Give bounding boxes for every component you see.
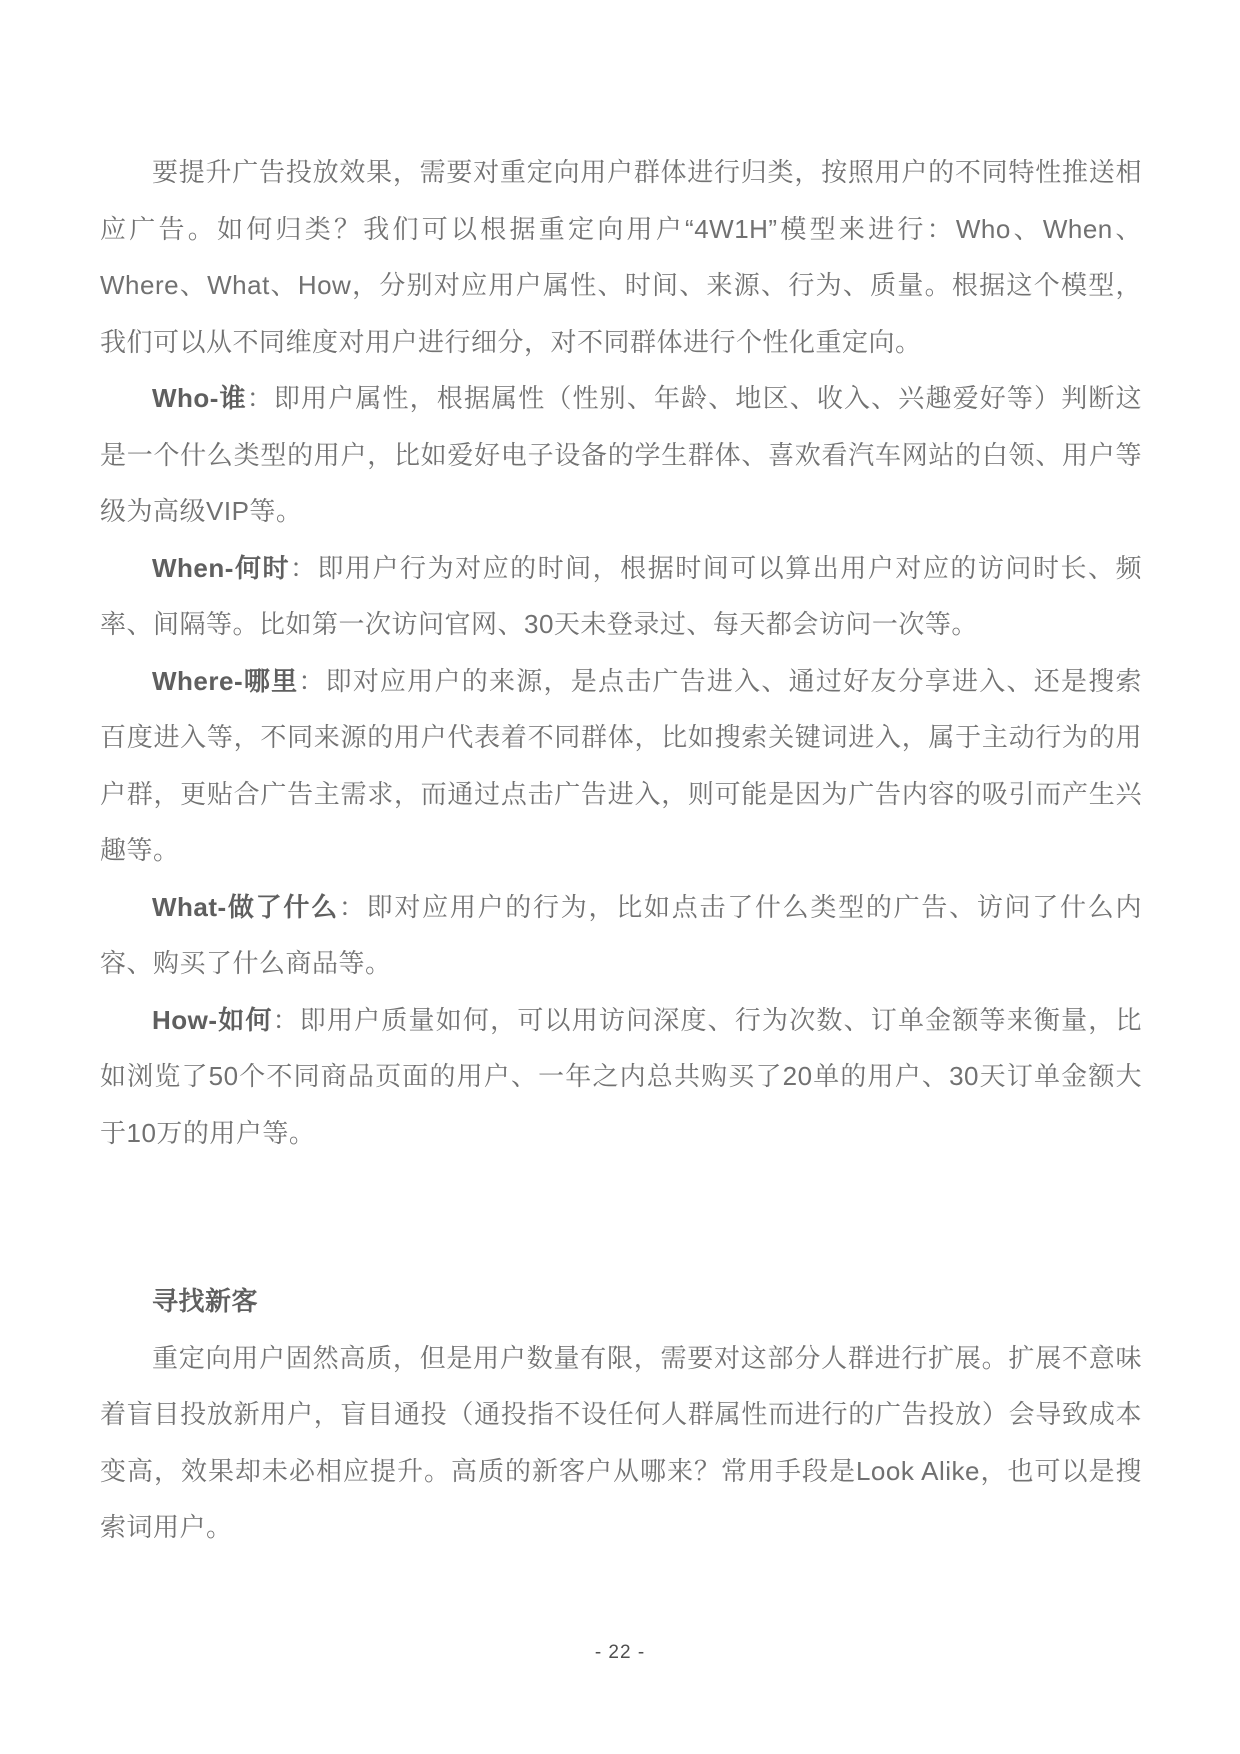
paragraph-lead: Who-谁 [152,383,247,413]
paragraph-lead: When-何时 [152,553,290,583]
document-page: 要提升广告投放效果，需要对重定向用户群体进行归类，按照用户的不同特性推送相应广告… [0,0,1240,1754]
paragraph-what: What-做了什么：即对应用户的行为，比如点击了什么类型的广告、访问了什么内容、… [100,879,1142,992]
paragraph-when: When-何时：即用户行为对应的时间，根据时间可以算出用户对应的访问时长、频率、… [100,540,1142,653]
paragraph-new-customers: 重定向用户固然高质，但是用户数量有限，需要对这部分人群进行扩展。扩展不意味着盲目… [100,1330,1142,1556]
paragraph-text: 重定向用户固然高质，但是用户数量有限，需要对这部分人群进行扩展。扩展不意味着盲目… [100,1343,1142,1543]
paragraph-text: 要提升广告投放效果，需要对重定向用户群体进行归类，按照用户的不同特性推送相应广告… [100,157,1142,357]
section-heading: 寻找新客 [100,1273,1142,1330]
paragraph-text: ：即用户属性，根据属性（性别、年龄、地区、收入、兴趣爱好等）判断这是一个什么类型… [100,383,1142,526]
paragraph-lead: What-做了什么 [152,892,339,922]
paragraph-where: Where-哪里：即对应用户的来源，是点击广告进入、通过好友分享进入、还是搜索百… [100,653,1142,879]
page-number: - 22 - [0,1642,1240,1664]
paragraph-lead: Where-哪里 [152,666,298,696]
paragraph-who: Who-谁：即用户属性，根据属性（性别、年龄、地区、收入、兴趣爱好等）判断这是一… [100,370,1142,540]
paragraph-intro: 要提升广告投放效果，需要对重定向用户群体进行归类，按照用户的不同特性推送相应广告… [100,144,1142,370]
paragraph-lead: How-如何 [152,1005,273,1035]
page-content: 要提升广告投放效果，需要对重定向用户群体进行归类，按照用户的不同特性推送相应广告… [100,144,1142,1556]
paragraph-how: How-如何：即用户质量如何，可以用访问深度、行为次数、订单金额等来衡量，比如浏… [100,992,1142,1162]
